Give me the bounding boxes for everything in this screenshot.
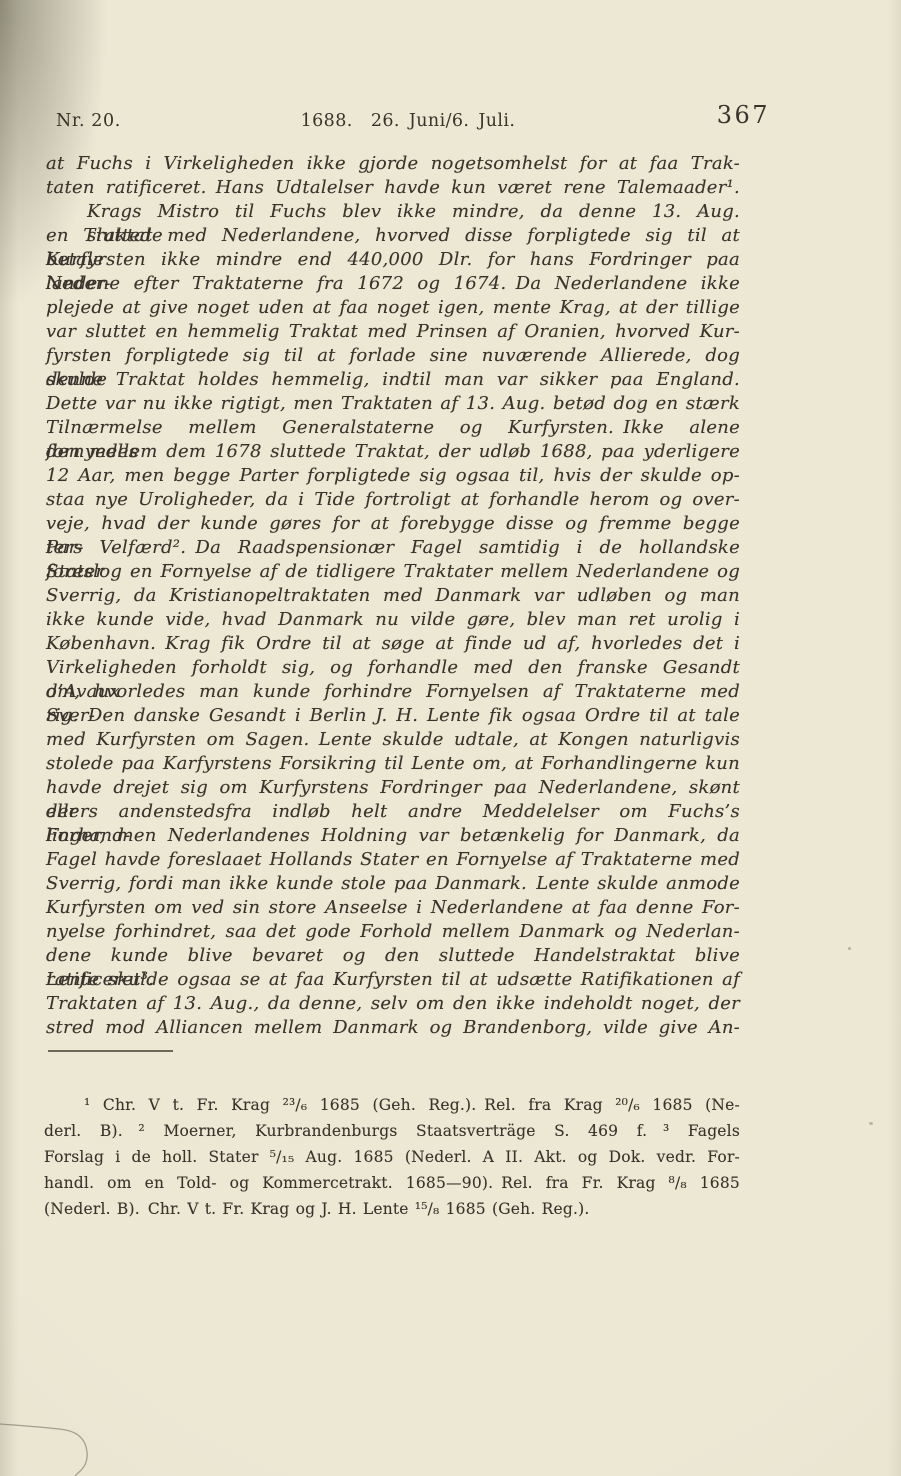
- body-line: var sluttet en hemmelig Traktat med Prin…: [46, 320, 740, 344]
- date-heading: 1688. 26. Juni/6. Juli.: [46, 111, 770, 131]
- footnote-line: Forslag i de holl. Stater ⁵/₁₅ Aug. 1685…: [44, 1144, 740, 1170]
- body-line: Traktaten af 13. Aug., da denne, selv om…: [46, 992, 740, 1016]
- body-line: ellers andenstedsfra indløb helt andre M…: [46, 800, 740, 824]
- body-line: taten ratificeret. Hans Udtalelser havde…: [46, 176, 740, 200]
- body-line: Sverrig, fordi man ikke kunde stole paa …: [46, 872, 740, 896]
- body-text: at Fuchs i Virkeligheden ikke gjorde nog…: [46, 152, 740, 1040]
- body-line: dene kunde blive bevaret og den sluttede…: [46, 944, 740, 968]
- scan-speck: [848, 947, 851, 950]
- footnote-line: handl. om en Told- og Kommercetrakt. 168…: [44, 1170, 740, 1196]
- footnote-rule: [48, 1050, 173, 1052]
- body-line: om, hvorledes man kunde forhindre Fornye…: [46, 680, 740, 704]
- body-line: Tilnærmelse mellem Generalstaterne og Ku…: [46, 416, 740, 440]
- body-line: rig. Den danske Gesandt i Berlin J. H. L…: [46, 704, 740, 728]
- body-line: plejede at give noget uden at faa noget …: [46, 296, 740, 320]
- body-line: stred mod Alliancen mellem Danmark og Br…: [46, 1016, 740, 1040]
- page-number: 367: [717, 101, 770, 129]
- scan-speck: [869, 1122, 873, 1125]
- footnote-line: (Nederl. B). Chr. V t. Fr. Krag og J. H.…: [44, 1196, 740, 1222]
- body-line: 12 Aar, men begge Parter forpligtede sig…: [46, 464, 740, 488]
- body-line: Krags Mistro til Fuchs blev ikke mindre,…: [46, 200, 740, 224]
- body-line: ters Velfærd². Da Raadspensionær Fagel s…: [46, 536, 740, 560]
- body-line: Lente skulde ogsaa se at faa Kurfyrsten …: [46, 968, 740, 992]
- body-line: nyelse forhindret, saa det gode Forhold …: [46, 920, 740, 944]
- book-page: Nr. 20. 1688. 26. Juni/6. Juli. 367 at F…: [0, 0, 901, 1476]
- body-line: veje, hvad der kunde gøres for at foreby…: [46, 512, 740, 536]
- body-line: den mellem dem 1678 sluttede Traktat, de…: [46, 440, 740, 464]
- body-line: foreslog en Fornyelse af de tidligere Tr…: [46, 560, 740, 584]
- body-line: København. Krag fik Ordre til at søge at…: [46, 632, 740, 656]
- body-line: Dette var nu ikke rigtigt, men Traktaten…: [46, 392, 740, 416]
- body-line: Sverrig, da Kristianopeltraktaten med Da…: [46, 584, 740, 608]
- body-line: linger, men Nederlandenes Holdning var b…: [46, 824, 740, 848]
- body-line: Fagel havde foreslaaet Hollands Stater e…: [46, 848, 740, 872]
- body-line: landene efter Traktaterne fra 1672 og 16…: [46, 272, 740, 296]
- footnote-line: ¹ Chr. V t. Fr. Krag ²³/₆ 1685 (Geh. Reg…: [44, 1092, 740, 1118]
- footnotes: ¹ Chr. V t. Fr. Krag ²³/₆ 1685 (Geh. Reg…: [44, 1092, 740, 1222]
- body-line: ikke kunde vide, hvad Danmark nu vilde g…: [46, 608, 740, 632]
- body-line: havde drejet sig om Kurfyrstens Fordring…: [46, 776, 740, 800]
- body-line: at Fuchs i Virkeligheden ikke gjorde nog…: [46, 152, 740, 176]
- body-line: en Traktat med Nederlandene, hvorved dis…: [46, 224, 740, 248]
- body-line: staa nye Uroligheder, da i Tide fortroli…: [46, 488, 740, 512]
- body-line: fyrsten forpligtede sig til at forlade s…: [46, 344, 740, 368]
- body-line: denne Traktat holdes hemmelig, indtil ma…: [46, 368, 740, 392]
- body-line: Virkeligheden forholdt sig, og forhandle…: [46, 656, 740, 680]
- body-line: Kurfyrsten ikke mindre end 440,000 Dlr. …: [46, 248, 740, 272]
- body-line: med Kurfyrsten om Sagen. Lente skulde ud…: [46, 728, 740, 752]
- body-line: stolede paa Karfyrstens Forsikring til L…: [46, 752, 740, 776]
- footnote-line: derl. B). ² Moerner, Kurbrandenburgs Sta…: [44, 1118, 740, 1144]
- body-line: Kurfyrsten om ved sin store Anseelse i N…: [46, 896, 740, 920]
